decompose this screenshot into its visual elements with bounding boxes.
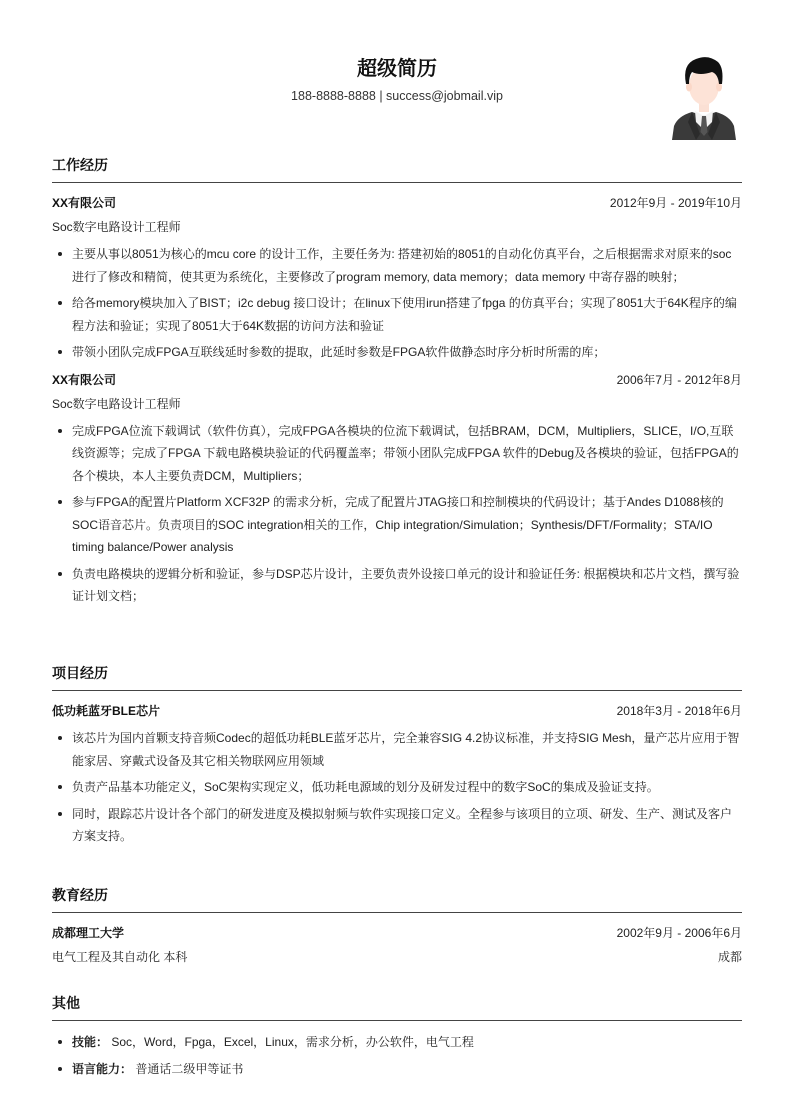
list-item: 带领小团队完成FPGA互联线延时参数的提取，此延时参数是FPGA软件做静态时序分… (52, 341, 742, 364)
date-range: 2018年3月 - 2018年6月 (617, 699, 742, 723)
education-entry-details: 电气工程及其自动化 本科 成都 (52, 945, 742, 969)
date-range: 2006年7月 - 2012年8月 (617, 368, 742, 392)
resume-header: 超级简历 188-8888-8888 | success@jobmail.vip (52, 0, 742, 150)
avatar-icon (670, 54, 738, 140)
bullet-list: 该芯片为国内首颗支持音频Codec的超低功耗BLE蓝牙芯片，完全兼容SIG 4.… (52, 727, 742, 848)
list-item: 该芯片为国内首颗支持音频Codec的超低功耗BLE蓝牙芯片，完全兼容SIG 4.… (52, 727, 742, 772)
work-entry-header: XX有限公司 2012年9月 - 2019年10月 (52, 191, 742, 215)
list-item: 主要从事以8051为核心的mcu core 的设计工作，主要任务为: 搭建初始的… (52, 243, 742, 288)
location: 成都 (718, 945, 742, 969)
list-item: 参与FPGA的配置片Platform XCF32P 的需求分析，完成了配置片JT… (52, 491, 742, 559)
major-degree: 电气工程及其自动化 本科 (52, 945, 187, 969)
education-entry: 成都理工大学 2002年9月 - 2006年6月 电气工程及其自动化 本科 成都 (52, 921, 742, 969)
list-item: 负责产品基本功能定义，SoC架构实现定义，低功耗电源域的划分及研发过程中的数字S… (52, 776, 742, 799)
company-name: XX有限公司 (52, 368, 116, 392)
section-title-work: 工作经历 (52, 155, 742, 183)
job-position: Soc数字电路设计工程师 (52, 215, 742, 239)
candidate-name: 超级简历 (52, 52, 742, 81)
company-name: XX有限公司 (52, 191, 116, 215)
job-position: Soc数字电路设计工程师 (52, 392, 742, 416)
project-entry-header: 低功耗蓝牙BLE芯片 2018年3月 - 2018年6月 (52, 699, 742, 723)
language-label: 语言能力： (72, 1062, 132, 1076)
date-range: 2002年9月 - 2006年6月 (617, 921, 742, 945)
list-item: 给各memory模块加入了BIST；i2c debug 接口设计；在linux下… (52, 292, 742, 337)
project-entry: 低功耗蓝牙BLE芯片 2018年3月 - 2018年6月 该芯片为国内首颗支持音… (52, 699, 742, 848)
work-entry: XX有限公司 2006年7月 - 2012年8月 Soc数字电路设计工程师 完成… (52, 368, 742, 608)
bullet-list: 主要从事以8051为核心的mcu core 的设计工作，主要任务为: 搭建初始的… (52, 243, 742, 364)
section-title-other: 其他 (52, 993, 742, 1021)
bullet-list: 技能： Soc，Word，Fpga，Excel，Linux，需求分析，办公软件，… (52, 1031, 742, 1080)
skills-label: 技能： (72, 1035, 108, 1049)
projects-section: 项目经历 低功耗蓝牙BLE芯片 2018年3月 - 2018年6月 该芯片为国内… (52, 663, 742, 852)
section-title-projects: 项目经历 (52, 663, 742, 691)
education-section: 教育经历 成都理工大学 2002年9月 - 2006年6月 电气工程及其自动化 … (52, 885, 742, 969)
education-entry-header: 成都理工大学 2002年9月 - 2006年6月 (52, 921, 742, 945)
work-entry-header: XX有限公司 2006年7月 - 2012年8月 (52, 368, 742, 392)
school-name: 成都理工大学 (52, 921, 124, 945)
work-section: 工作经历 XX有限公司 2012年9月 - 2019年10月 Soc数字电路设计… (52, 155, 742, 612)
work-entry: XX有限公司 2012年9月 - 2019年10月 Soc数字电路设计工程师 主… (52, 191, 742, 364)
list-item: 负责电路模块的逻辑分析和验证，参与DSP芯片设计，主要负责外设接口单元的设计和验… (52, 563, 742, 608)
list-item: 同时，跟踪芯片设计各个部门的研发进度及模拟射频与软件实现接口定义。全程参与该项目… (52, 803, 742, 848)
section-title-education: 教育经历 (52, 885, 742, 913)
language-value: 普通话二级甲等证书 (135, 1062, 243, 1076)
contact-info: 188-8888-8888 | success@jobmail.vip (52, 89, 742, 103)
list-item-language: 语言能力： 普通话二级甲等证书 (52, 1058, 742, 1081)
skills-value: Soc，Word，Fpga，Excel，Linux，需求分析，办公软件，电气工程 (111, 1035, 474, 1049)
project-name: 低功耗蓝牙BLE芯片 (52, 699, 160, 723)
list-item-skills: 技能： Soc，Word，Fpga，Excel，Linux，需求分析，办公软件，… (52, 1031, 742, 1054)
list-item: 完成FPGA位流下载调试（软件仿真），完成FPGA各模块的位流下载调试，包括BR… (52, 420, 742, 488)
date-range: 2012年9月 - 2019年10月 (610, 191, 742, 215)
avatar (670, 54, 738, 140)
other-section: 其他 技能： Soc，Word，Fpga，Excel，Linux，需求分析，办公… (52, 993, 742, 1084)
resume-page: 超级简历 188-8888-8888 | success@jobmail.vip (52, 0, 742, 150)
bullet-list: 完成FPGA位流下载调试（软件仿真），完成FPGA各模块的位流下载调试，包括BR… (52, 420, 742, 608)
